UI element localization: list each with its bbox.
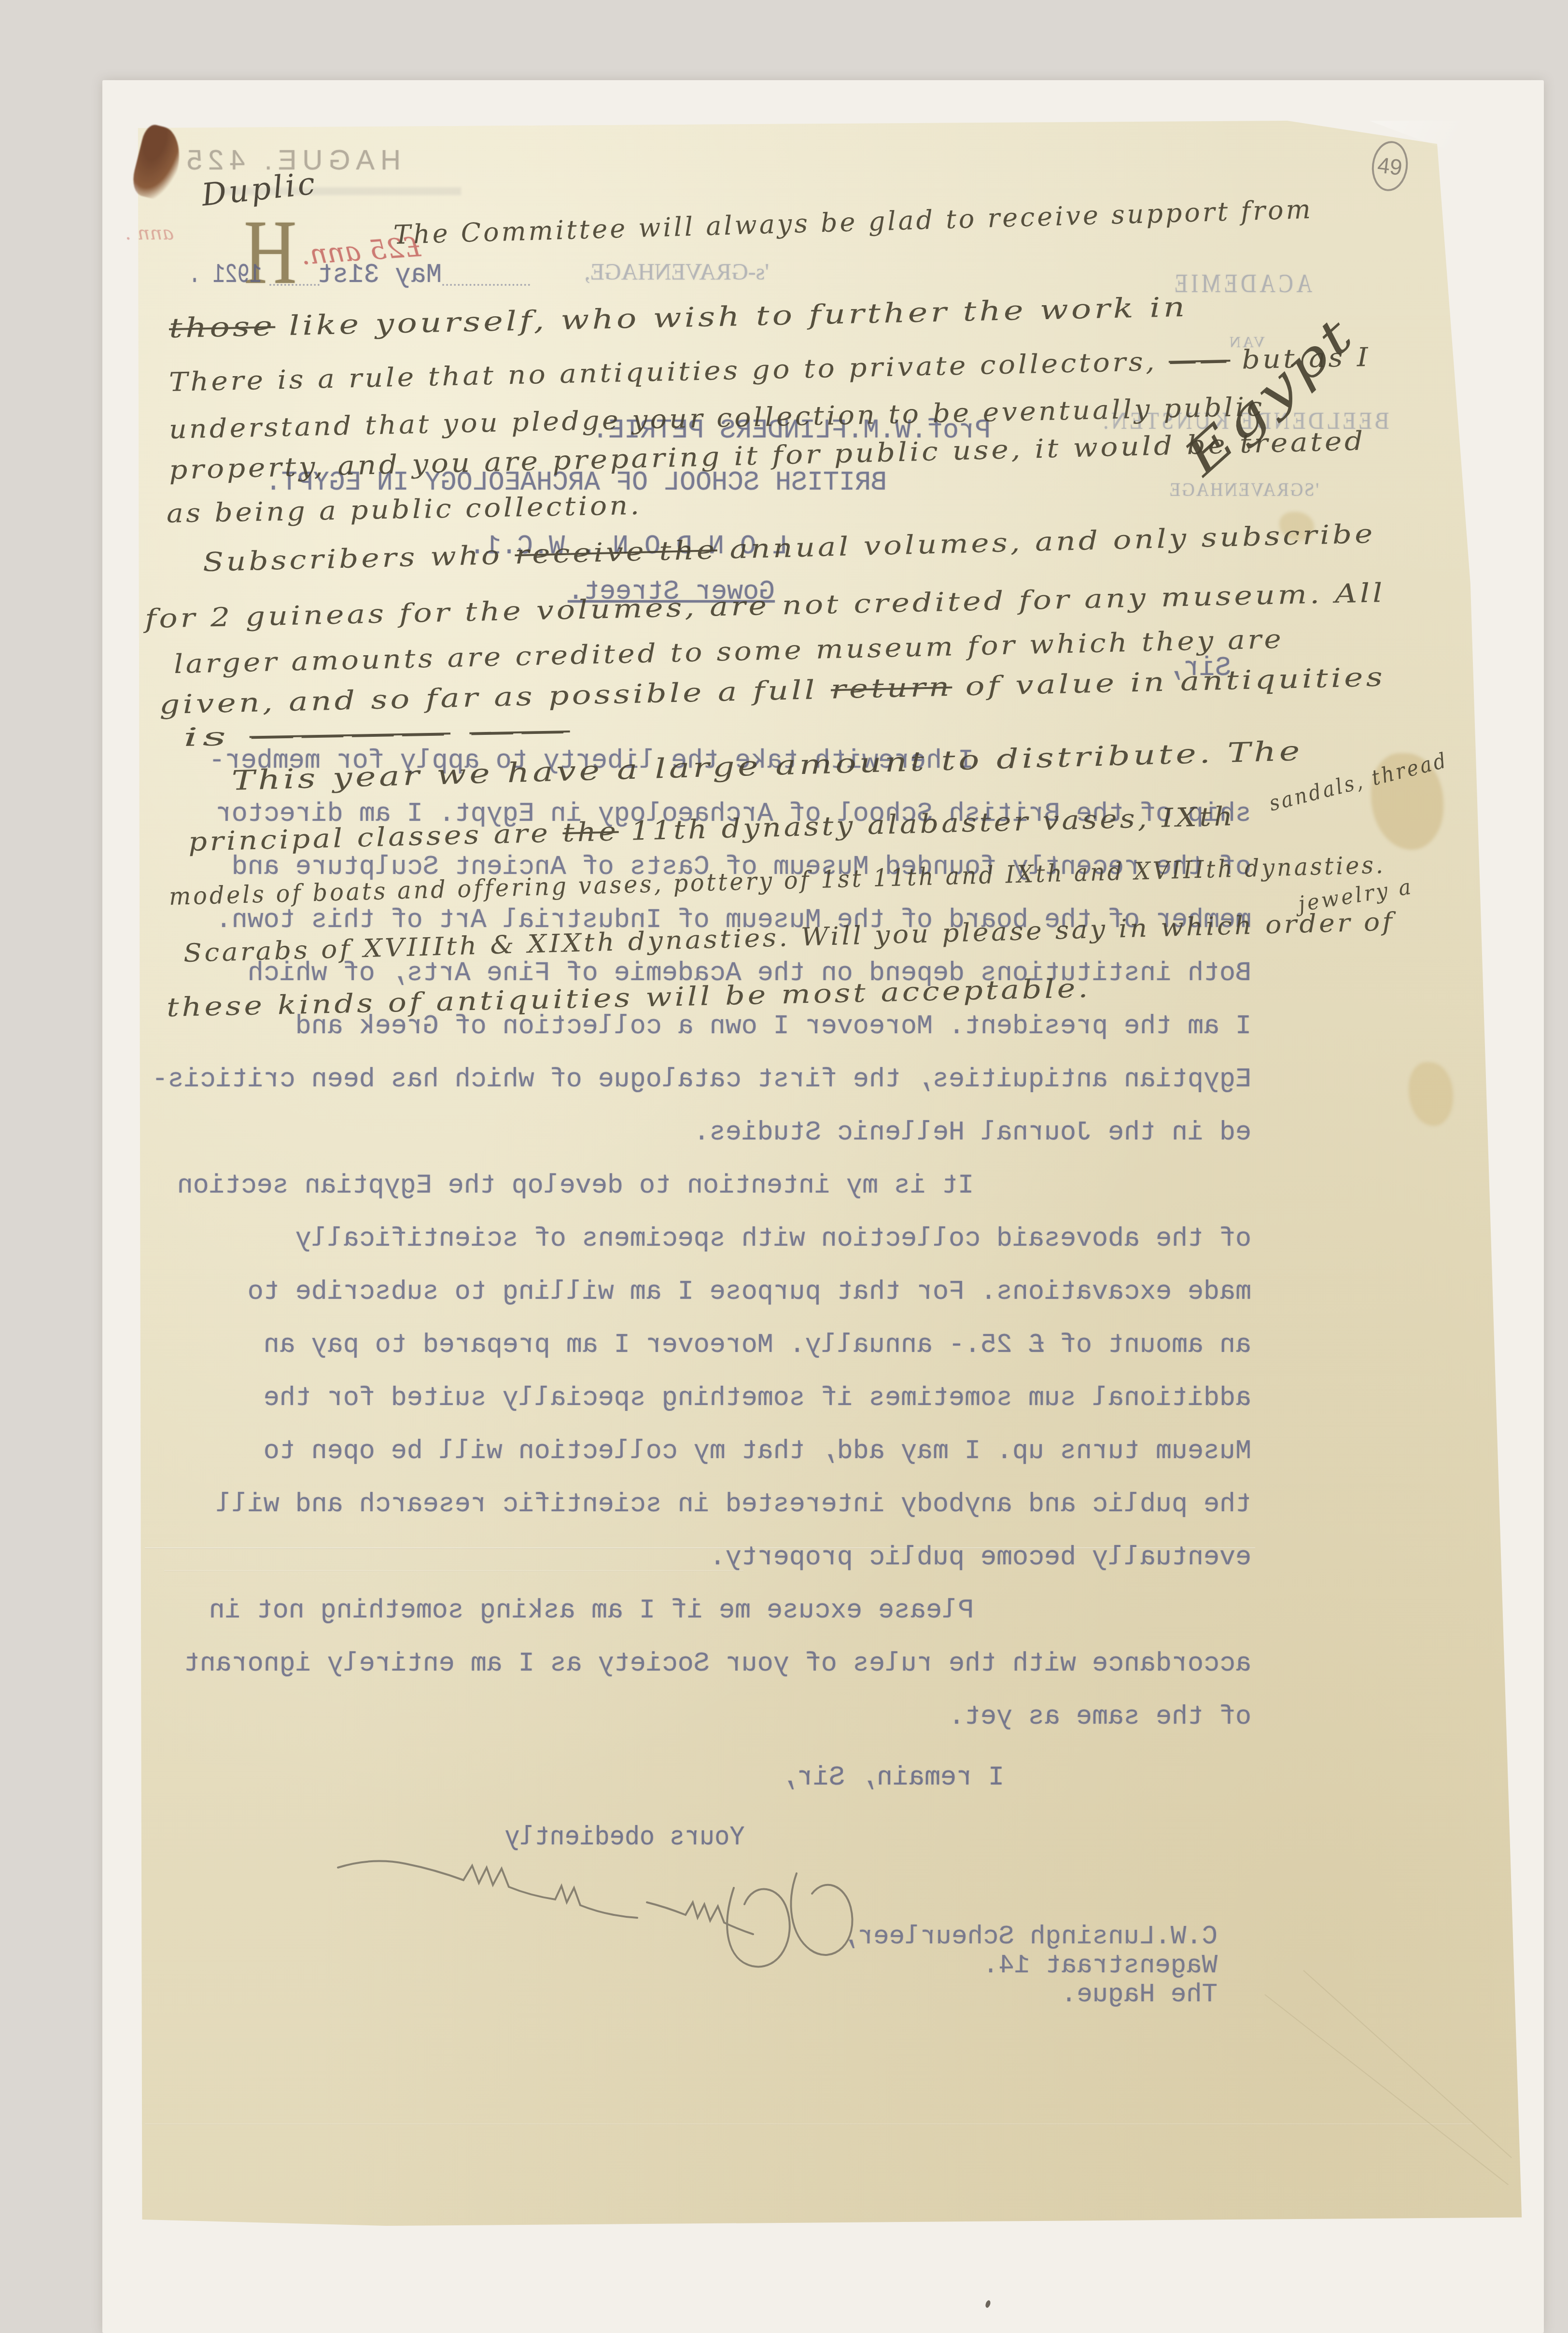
struck-text: —— bbox=[469, 717, 570, 747]
registry-stamp-mirrored: HAGUE. 425 bbox=[169, 144, 401, 176]
struck-text: the bbox=[562, 816, 619, 848]
dateline-year-mirrored: 1921 . bbox=[206, 260, 262, 290]
dotted-leader bbox=[442, 265, 530, 286]
typed-sender-line: Wagenstraat 14. bbox=[834, 1952, 1218, 1981]
typed-sender-line: C.W.Lunsingh Scheurleer, bbox=[834, 1923, 1218, 1952]
typed-sender-line: The Hague. bbox=[834, 1981, 1218, 2010]
typed-body-line: Museum turns up. I may add, that my coll… bbox=[203, 1425, 1251, 1478]
typed-body-line: Egyptian antiquities, the first catalogu… bbox=[203, 1053, 1251, 1106]
typed-body-line: It is my intention to develop the Egypti… bbox=[203, 1159, 974, 1212]
struck-text: —— bbox=[1168, 345, 1231, 377]
typed-body-line: accordance with the rules of your Societ… bbox=[203, 1637, 1251, 1690]
typed-sender-block-mirrored: C.W.Lunsingh Scheurleer,Wagenstraat 14.T… bbox=[834, 1923, 1218, 2010]
scan-canvas: 49 H Duplic I herewith take the liberty … bbox=[0, 0, 1568, 2333]
struck-text: ———— bbox=[249, 718, 450, 751]
letterhead-gravenhage-mirrored: 'SGRAVENHAGE bbox=[1180, 478, 1319, 501]
dateline-place-mirrored: 's-GRAVENHAGE, bbox=[529, 259, 769, 285]
page-number: 49 bbox=[1376, 152, 1403, 181]
typed-body-line: additional sum sometimes if something sp… bbox=[203, 1372, 1251, 1425]
typed-body-line: the public and anybody interested in sci… bbox=[203, 1478, 1251, 1531]
closing-remain-mirrored: I remain, Sir, bbox=[780, 1762, 1004, 1793]
typed-body-line: eventually become public property. bbox=[203, 1531, 1251, 1584]
typed-body-line: Please excuse me if I am asking somethin… bbox=[203, 1584, 974, 1637]
signature-scrawl bbox=[309, 1840, 888, 1994]
typed-body-line: ed in the Journal Hellenic Studies. bbox=[203, 1106, 1251, 1159]
typed-body-line: of the abovesaid collection with specime… bbox=[203, 1212, 1251, 1265]
dateline-date-mirrored: May 31st bbox=[320, 260, 442, 290]
closing-yours-mirrored: Yours obediently bbox=[519, 1822, 745, 1853]
struck-text: those bbox=[168, 310, 276, 344]
typed-body-line: made excavations. For that purpose I am … bbox=[203, 1265, 1251, 1319]
fold-crease bbox=[145, 2123, 1472, 2125]
struck-text: return bbox=[830, 672, 952, 705]
struck-text: receive the bbox=[515, 534, 718, 570]
letterhead-academie-mirrored: ACADEMIE bbox=[1194, 268, 1312, 298]
typed-body-line: of the same as yet. bbox=[203, 1690, 1251, 1743]
red-fee-fragment-mirrored: ann . bbox=[124, 222, 174, 244]
typed-body-line: an amount of £ 25.- annually. Moreover I… bbox=[203, 1319, 1251, 1372]
